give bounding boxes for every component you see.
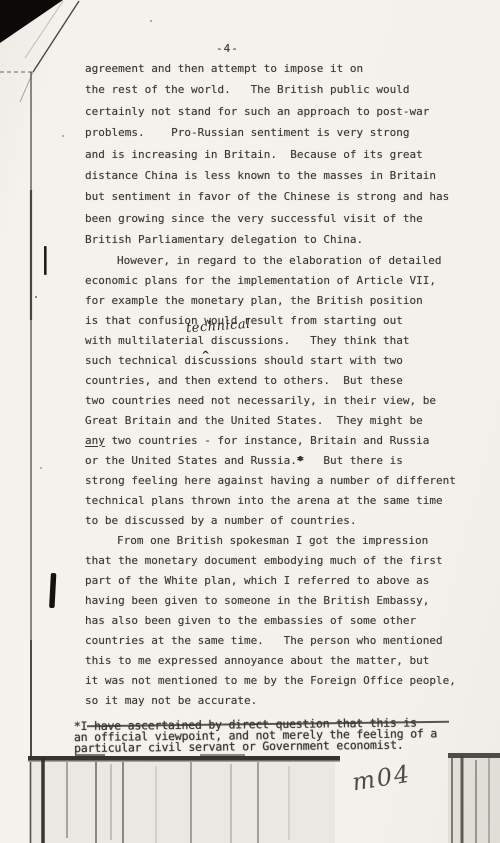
text-line: the rest of the world. The British publi… [85,79,475,100]
text-segment: or the United States and Russia. [85,454,297,467]
scan-bottom-band [28,754,340,843]
text-line: part of the White plan, which I referred… [85,571,475,591]
text-line: countries, and then extend to others. Bu… [85,371,475,391]
text-segment: But there is [304,454,403,467]
underlined-text: any [85,434,105,447]
text-line: but sentiment in favor of the Chinese is… [85,186,475,207]
paragraph: agreement and then attempt to impose it … [85,58,475,251]
text-line: has also been given to the embassies of … [85,611,475,631]
text-line: having been given to someone in the Brit… [85,591,475,611]
ink-blob-1 [44,246,47,275]
text-line: From one British spokesman I got the imp… [85,531,475,551]
insertion-caret: ^ [202,349,209,360]
text-line: However, in regard to the elaboration of… [85,251,475,271]
text-line: such technical discussions should start … [85,351,475,371]
corner-fold-crease-2 [25,1,63,58]
ink-blob-2 [49,573,56,608]
text-line: British Parliamentary delegation to Chin… [85,229,475,250]
paragraph: From one British spokesman I got the imp… [85,531,475,712]
text-segment: two countries - for instance, Britain an… [105,434,430,447]
text-line: strong feeling here against having a num… [85,471,475,491]
corner-fold-shadow [0,0,63,43]
text-line: distance China is less known to the mass… [85,165,475,186]
text-line: two countries need not necessarily, in t… [85,391,475,411]
text-line: been growing since the very successful v… [85,208,475,229]
text-line: that the monetary document embodying muc… [85,551,475,571]
handwritten-mark: m04 [350,760,413,797]
footnote-line: particular civil servant or Government e… [74,739,474,754]
text-line: economic plans for the implementation of… [85,271,475,291]
text-line: and is increasing in Britain. Because of… [85,144,475,165]
page-number: -4- [216,43,239,54]
speck-3 [150,20,152,22]
text-line: so it may not be accurate. [85,691,475,711]
paragraph: However, in regard to the elaboration of… [85,251,475,531]
text-line: is that confusion would result from star… [85,311,475,331]
footnote: *I have ascertained by direct question t… [74,717,474,754]
footnote-marker-asterisk: * [297,454,304,467]
speck-2 [35,296,37,298]
text-line: agreement and then attempt to impose it … [85,58,475,79]
text-line: problems. Pro-Russian sentiment is very … [85,122,475,143]
scan-bottom-right-patch [448,753,500,843]
speck-4 [40,467,42,469]
text-line: countries at the same time. The person w… [85,631,475,651]
text-line: certainly not stand for such an approach… [85,101,475,122]
scan-bottom-streaks [31,758,290,843]
corner-fold-crease [33,1,79,72]
text-line: any two countries - for instance, Britai… [85,431,475,451]
text-line: this to me expressed annoyance about the… [85,651,475,671]
text-line: for example the monetary plan, the Briti… [85,291,475,311]
scanned-document-page: -4- agreement and then attempt to impose… [0,0,500,843]
text-line: with multilaterial discussions. They thi… [85,331,475,351]
text-line: or the United States and Russia.* But th… [85,451,475,471]
text-line: Great Britain and the United States. The… [85,411,475,431]
text-line: to be discussed by a number of countries… [85,511,475,531]
document-body: agreement and then attempt to impose it … [85,58,475,712]
text-line: technical plans thrown into the arena at… [85,491,475,511]
speck-1 [62,135,64,137]
text-line: it was not mentioned to me by the Foreig… [85,671,475,691]
corner-fold-tail [20,72,33,102]
